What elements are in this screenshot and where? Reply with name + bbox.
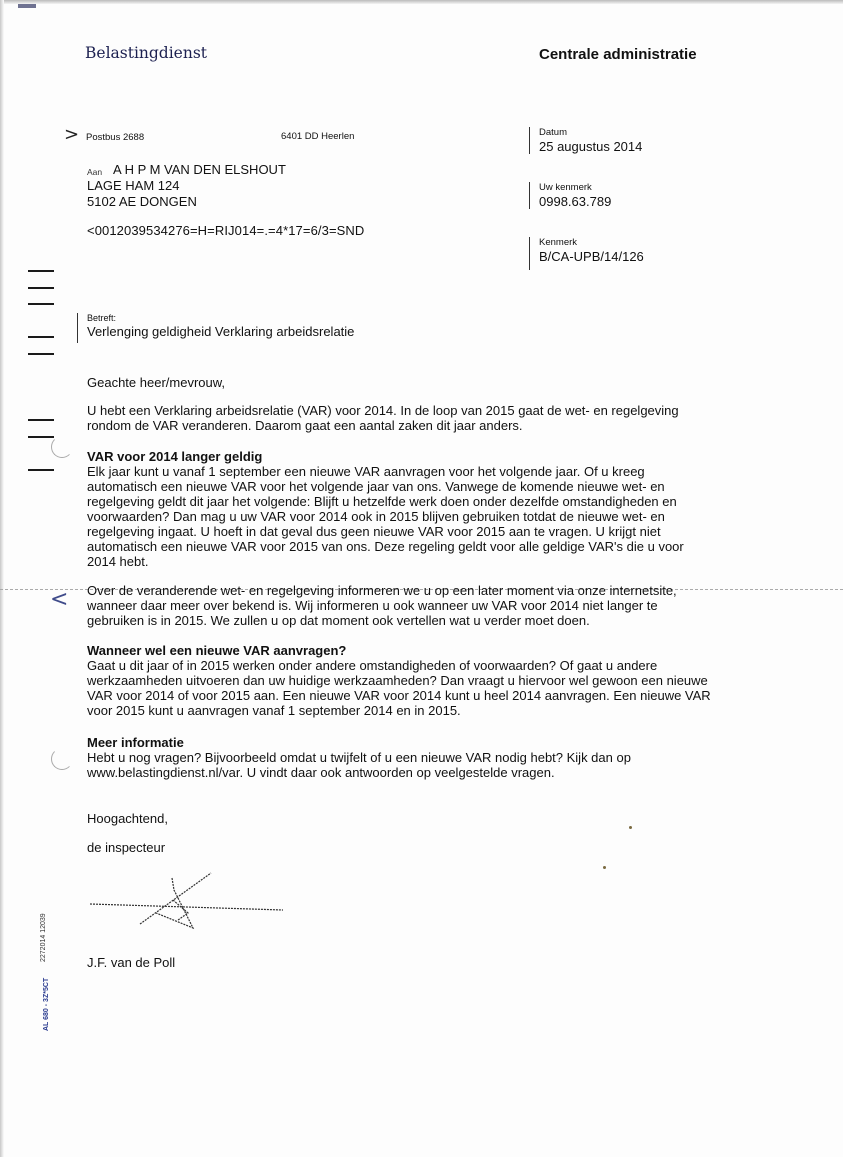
meta-date: Datum 25 augustus 2014 xyxy=(529,127,642,154)
recipient-label: Aan xyxy=(87,167,102,177)
punch-hole xyxy=(51,748,73,770)
recipient-name: A H P M VAN DEN ELSHOUT xyxy=(113,162,286,177)
signature xyxy=(88,870,288,940)
scan-speck xyxy=(603,866,606,869)
scan-code: 2272014 12039 xyxy=(40,913,47,962)
scan-speck xyxy=(629,826,632,829)
your-ref-label: Uw kenmerk xyxy=(539,182,611,194)
recipient-postal-city: 5102 AE DONGEN xyxy=(87,194,197,210)
meta-your-reference: Uw kenmerk 0998.63.789 xyxy=(529,182,611,209)
margin-mark xyxy=(28,436,54,438)
recipient-street: LAGE HAM 124 xyxy=(87,178,180,194)
signer-title: de inspecteur xyxy=(87,840,165,855)
intro-paragraph: U hebt een Verklaring arbeidsrelatie (VA… xyxy=(87,403,712,433)
ref-label: Kenmerk xyxy=(539,237,644,249)
salutation: Geachte heer/mevrouw, xyxy=(87,375,712,390)
meta-reference: Kenmerk B/CA-UPB/14/126 xyxy=(529,237,644,270)
section-text: Over de veranderende wet- en regelgeving… xyxy=(87,583,712,628)
your-ref-value: 0998.63.789 xyxy=(539,194,611,209)
section-text: Gaat u dit jaar of in 2015 werken onder … xyxy=(87,658,712,718)
date-value: 25 augustus 2014 xyxy=(539,139,642,154)
recipient-barcode-code: <0012039534276=H=RIJ014=.=4*17=6/3=SND xyxy=(87,223,364,238)
margin-mark xyxy=(28,419,54,421)
subject-value: Verlenging geldigheid Verklaring arbeids… xyxy=(87,324,354,340)
margin-mark xyxy=(28,270,54,272)
organization-logo: Belastingdienst xyxy=(85,44,207,62)
margin-mark xyxy=(28,287,54,289)
ref-value: B/CA-UPB/14/126 xyxy=(539,249,644,264)
margin-mark xyxy=(28,303,54,305)
section-text: Elk jaar kunt u vanaf 1 september een ni… xyxy=(87,464,712,569)
section-var-2014: VAR voor 2014 langer geldig Elk jaar kun… xyxy=(87,449,712,569)
section-regulation-info: Over de veranderende wet- en regelgeving… xyxy=(87,583,712,628)
margin-mark xyxy=(28,353,54,355)
fold-arrow-icon: < xyxy=(50,587,68,612)
margin-mark xyxy=(28,336,54,338)
section-text: Hebt u nog vragen? Bijvoorbeeld omdat u … xyxy=(87,750,712,780)
subject-label: Betreft: xyxy=(87,313,354,324)
section-heading: Wanneer wel een nieuwe VAR aanvragen? xyxy=(87,643,712,658)
scan-edge-left xyxy=(0,0,4,1157)
closing: Hoogachtend, xyxy=(87,811,168,826)
return-arrow-icon: > xyxy=(64,126,79,144)
date-label: Datum xyxy=(539,127,642,139)
section-when-new-var: Wanneer wel een nieuwe VAR aanvragen? Ga… xyxy=(87,643,712,718)
section-heading: Meer informatie xyxy=(87,735,712,750)
section-heading: VAR voor 2014 langer geldig xyxy=(87,449,712,464)
return-city: 6401 DD Heerlen xyxy=(281,131,354,142)
signer-name: J.F. van de Poll xyxy=(87,955,175,970)
margin-mark xyxy=(28,469,54,471)
form-code: AL 680 - 3Z*5CT xyxy=(43,978,50,1031)
scan-edge-top xyxy=(0,0,843,4)
department-name: Centrale administratie xyxy=(539,46,697,63)
punch-hole xyxy=(51,436,73,458)
return-postbus: Postbus 2688 xyxy=(86,132,144,143)
section-more-info: Meer informatie Hebt u nog vragen? Bijvo… xyxy=(87,735,712,780)
scan-mark xyxy=(18,4,36,8)
subject-block: Betreft: Verlenging geldigheid Verklarin… xyxy=(77,313,354,343)
